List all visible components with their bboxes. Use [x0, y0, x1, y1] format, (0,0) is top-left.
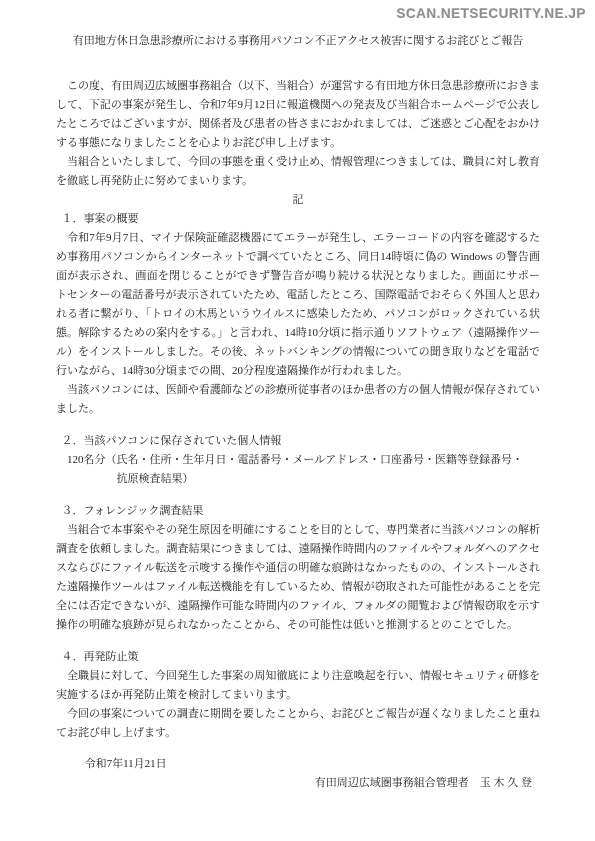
section-forensic-results: ３．フォレンジック調査結果 当組合で本事案やその発生原因を明確にすることを目的と… [56, 502, 540, 635]
intro-paragraph-1: この度、有田周辺広域圏事務組合（以下、当組合）が運営する有田地方休日急患診療所に… [56, 77, 540, 153]
section-1-paragraph-2: 当該パソコンには、医師や看護師などの診療所従事者のほか患者の方の個人情報が保存さ… [56, 381, 540, 419]
section-4-paragraph-1: 全職員に対して、今回発生した事案の周知徹底により注意喚起を行い、情報セキュリティ… [56, 667, 540, 705]
section-2-detail-line-1: 120名分（氏名・住所・生年月日・電話番号・メールアドレス・口座番号・医籍等登録… [56, 451, 540, 470]
record-marker: 記 [56, 191, 540, 210]
section-3-heading: ３．フォレンジック調査結果 [56, 502, 540, 521]
section-prevention-measures: ４．再発防止策 全職員に対して、今回発生した事案の周知徹底により注意喚起を行い、… [56, 648, 540, 705]
section-2-heading: ２．当該パソコンに保存されていた個人情報 [56, 432, 540, 451]
watermark: SCAN.NETSECURITY.NE.JP [396, 4, 586, 23]
section-1-paragraph-1: 令和7年9月7日、マイナ保険証確認機器にてエラーが発生し、エラーコードの内容を確… [56, 229, 540, 381]
section-personal-info: ２．当該パソコンに保存されていた個人情報 120名分（氏名・住所・生年月日・電話… [56, 432, 540, 489]
signature: 有田周辺広域圏事務組合管理者 玉 木 久 登 [56, 774, 540, 793]
section-3-paragraph-1: 当組合で本事案やその発生原因を明確にすることを目的として、専門業者に当該パソコン… [56, 521, 540, 635]
document-date: 令和7年11月21日 [56, 755, 540, 774]
section-2-detail-line-2: 抗原検査結果） [56, 470, 540, 489]
document-page: SCAN.NETSECURITY.NE.JP 有田地方休日急患診療所における事務… [0, 0, 595, 841]
section-1-heading: １．事案の概要 [56, 210, 540, 229]
intro-paragraph-2: 当組合といたしまして、今回の事態を重く受け止め、情報管理につきましては、職員に対… [56, 153, 540, 191]
closing-paragraph: 今回の事案についての調査に期間を要したことから、お詫びとご報告が遅くなりましたこ… [56, 705, 540, 743]
section-incident-overview: １．事案の概要 令和7年9月7日、マイナ保険証確認機器にてエラーが発生し、エラー… [56, 210, 540, 419]
document-title: 有田地方休日急患診療所における事務用パソコン不正アクセス被害に関するお詫びとご報… [56, 32, 540, 51]
section-4-heading: ４．再発防止策 [56, 648, 540, 667]
